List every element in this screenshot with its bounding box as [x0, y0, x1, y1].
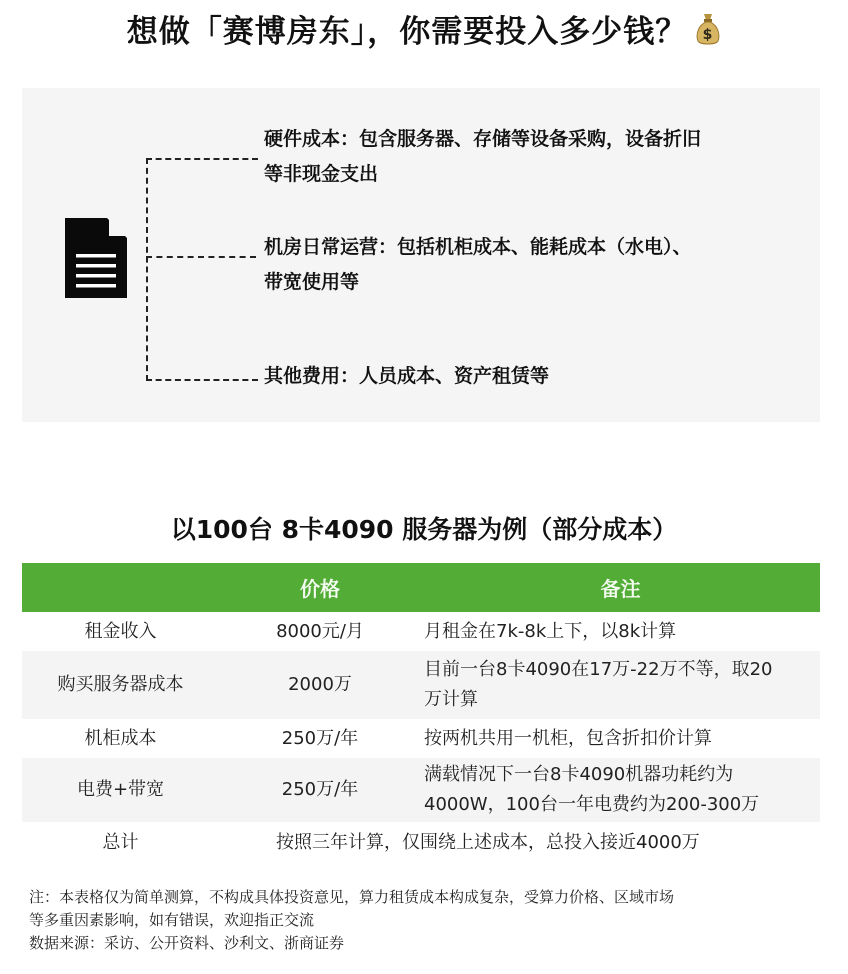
total-text: 按照三年计算，仅围绕上述成本，总投入接近4000万: [219, 822, 820, 864]
row-item: 租金收入: [22, 612, 219, 651]
data-source: 数据来源：采访、公开资料、沙利文、浙商证券: [29, 932, 829, 955]
cost-table: 价格 备注 租金收入 8000元/月 月租金在7k-8k上下，以8k计算 购买服…: [22, 563, 820, 864]
table-row: 购买服务器成本 2000万 目前一台8卡4090在17万-22万不等，取20万计…: [22, 651, 820, 719]
row-note: 满载情况下一台8卡4090机器功耗约为4000W，100台一年电费约为200-3…: [421, 758, 820, 822]
disclaimer-line-1: 注：本表格仅为简单测算，不构成具体投资意见，算力租赁成本构成复杂，受算力价格、区…: [29, 886, 829, 909]
column-header-item: [22, 563, 219, 612]
dashed-connector: [146, 158, 258, 381]
row-price: 2000万: [219, 651, 421, 719]
table-header-row: 价格 备注: [22, 563, 820, 612]
column-header-price: 价格: [219, 563, 421, 612]
money-bag-icon: $: [695, 12, 721, 46]
row-item: 电费+带宽: [22, 758, 219, 822]
branch-datacenter-operations: 机房日常运营：包括机柜成本、能耗成本（水电）、 带宽使用等: [264, 230, 804, 300]
table-row: 电费+带宽 250万/年 满载情况下一台8卡4090机器功耗约为4000W，10…: [22, 758, 820, 822]
table-row: 机柜成本 250万/年 按两机共用一机柜，包含折扣价计算: [22, 719, 820, 758]
document-icon: [65, 218, 127, 298]
row-note: 目前一台8卡4090在17万-22万不等，取20万计算: [421, 651, 820, 719]
page-title-text: 想做「赛博房东」，你需要投入多少钱？: [127, 14, 688, 50]
row-item: 购买服务器成本: [22, 651, 219, 719]
page-title: 想做「赛博房东」，你需要投入多少钱？$: [0, 6, 848, 51]
row-price: 250万/年: [219, 758, 421, 822]
row-note: 按两机共用一机柜，包含折扣价计算: [421, 719, 820, 758]
column-header-note: 备注: [421, 563, 820, 612]
cost-breakdown-diagram: 硬件成本：包含服务器、存储等设备采购，设备折旧 等非现金支出 机房日常运营：包括…: [22, 88, 820, 422]
disclaimer-line-2: 等多重因素影响，如有错误，欢迎指正交流: [29, 909, 829, 932]
branch-hardware-cost: 硬件成本：包含服务器、存储等设备采购，设备折旧 等非现金支出: [264, 122, 804, 192]
svg-text:$: $: [703, 27, 714, 43]
row-item: 机柜成本: [22, 719, 219, 758]
row-price: 250万/年: [219, 719, 421, 758]
total-label: 总计: [22, 822, 219, 864]
table-title: 以100台 8卡4090 服务器为例（部分成本）: [0, 510, 848, 546]
table-row: 租金收入 8000元/月 月租金在7k-8k上下，以8k计算: [22, 612, 820, 651]
table-total-row: 总计 按照三年计算，仅围绕上述成本，总投入接近4000万: [22, 822, 820, 864]
dashed-connector-middle: [146, 256, 256, 258]
footnote: 注：本表格仅为简单测算，不构成具体投资意见，算力租赁成本构成复杂，受算力价格、区…: [29, 886, 829, 955]
row-price: 8000元/月: [219, 612, 421, 651]
branch-other-expenses: 其他费用：人员成本、资产租赁等: [264, 359, 804, 394]
row-note: 月租金在7k-8k上下，以8k计算: [421, 612, 820, 651]
